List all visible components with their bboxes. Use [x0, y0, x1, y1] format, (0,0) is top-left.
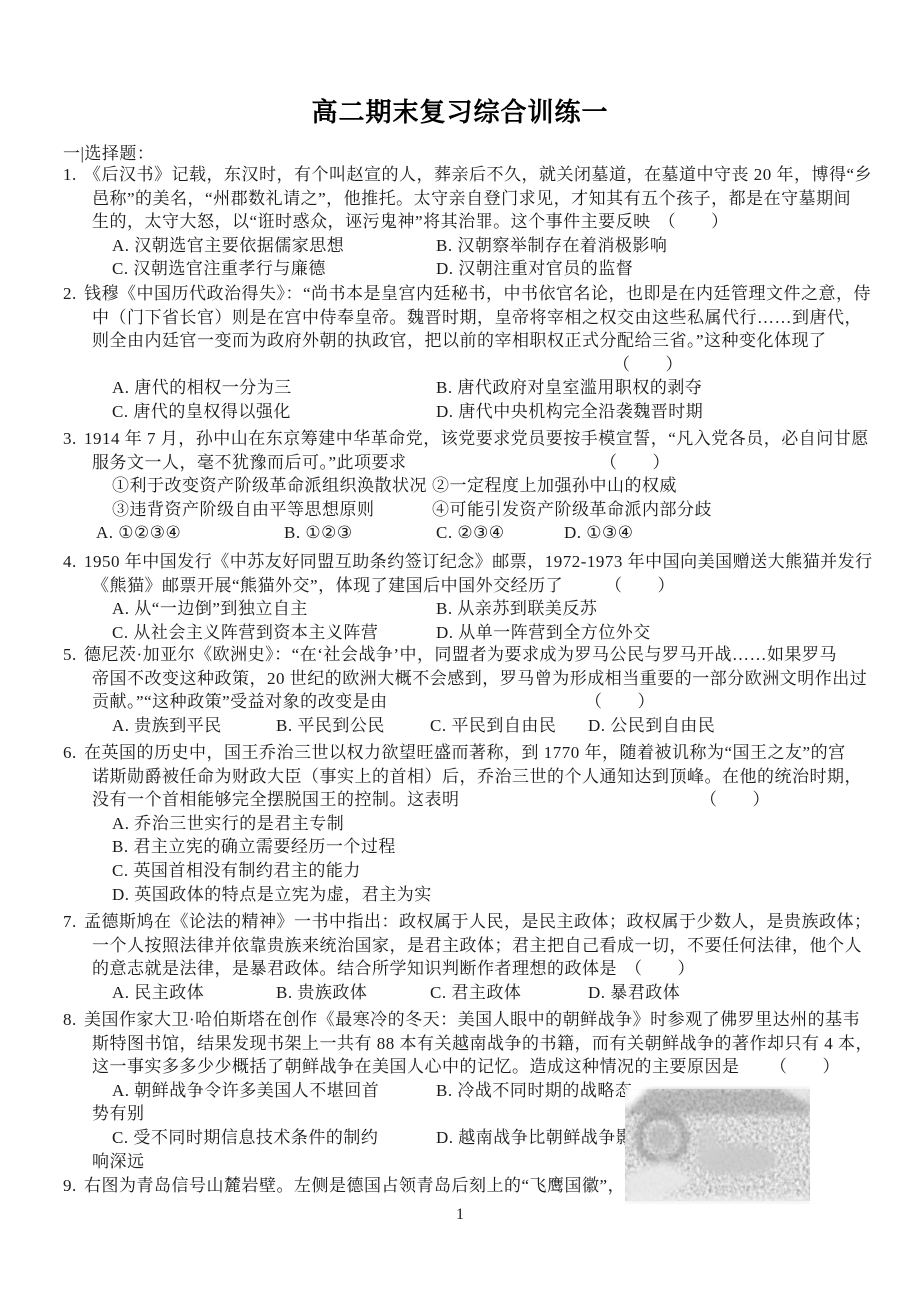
question-stem-line: 则全由内廷官一变而为政府外朝的执政官，把以前的宰相职权正式分配给三省。”这种变化…: [63, 329, 863, 353]
question-number: 8.: [63, 1008, 84, 1032]
question-6: 6.在英国的历史中，国王乔治三世以权力欲望旺盛而著称，到 1770 年，随着被讥…: [63, 741, 863, 906]
question-stem-line: 这一事实多多少少概括了朝鲜战争在美国人心中的记忆。造成这种情况的主要原因是（ ）: [63, 1055, 863, 1079]
option-c: C. ②③④: [436, 521, 564, 545]
option-d: D. 汉朝注重对官员的监督: [436, 257, 633, 281]
option-a: A. 唐代的相权一分为三: [112, 376, 436, 400]
page-number: 1: [0, 1206, 920, 1224]
answer-blank: （ ）: [659, 212, 729, 231]
question-stem-line: 邑称”的美名，“州郡数礼请之”，他推托。太守亲自登门求见，才知其有五个孩子，都是…: [63, 187, 863, 211]
option-a: A. 从“一边倒”到独立自主: [112, 597, 436, 621]
question-stem-line: 5.德尼茨·加亚尔《欧洲史》：“在‘社会战争’中，同盟者为要求成为罗马公民与罗马…: [63, 643, 863, 667]
page-title: 高二期末复习综合训练一: [0, 92, 920, 129]
stem-text: 1950 年中国发行《中苏友好同盟互助条约签订纪念》邮票，1972-1973 年…: [84, 552, 873, 571]
option-row: D. 英国政体的特点是立宪为虚，君主为实: [63, 883, 863, 907]
option-row: C. 英国首相没有制约君主的能力: [63, 859, 863, 883]
stem-text: 这一事实多多少少概括了朝鲜战争在美国人心中的记忆。造成这种情况的主要原因是: [92, 1057, 740, 1076]
option-b: B. ①②③: [284, 521, 436, 545]
option-b: B. 平民到公民: [276, 714, 430, 738]
rock-carving-photo-graphic: [625, 1086, 810, 1204]
question-stem-line: 服务文一人，毫不犹豫而后可。”此项要求（ ）: [63, 451, 863, 475]
question-number: 6.: [63, 741, 84, 765]
option-row: B. 君主立宪的确立需要经历一个过程: [63, 835, 863, 859]
option-row: A. ①②③④B. ①②③C. ②③④D. ①③④: [63, 521, 863, 545]
answer-blank: （ ）: [625, 959, 695, 978]
option-c: C. 英国首相没有制约君主的能力: [112, 859, 361, 883]
question-stem-line: 一个人按照法律并依靠贵族来统治国家，是君主政体；君主把自己看成一切，不要任何法律…: [63, 934, 863, 958]
question-number: 4.: [63, 550, 84, 574]
option-c: C. 汉朝选官注重孝行与廉德: [112, 257, 436, 281]
question-stem-line: 斯特图书馆，结果发现书架上一共有 88 本有关越南战争的书籍，而有关朝鲜战争的著…: [63, 1032, 863, 1056]
answer-blank: （ ）: [770, 1055, 840, 1079]
option-row: A. 汉朝选官主要依据儒家思想B. 汉朝察举制存在着消极影响: [63, 234, 863, 258]
option-c: C. 平民到自由民: [430, 714, 588, 738]
question-stem-line: 7.孟德斯鸠在《论法的精神》一书中指出：政权属于人民，是民主政体；政权属于少数人…: [63, 910, 863, 934]
question-stem-line: 1.《后汉书》记载，东汉时，有个叫赵宣的人，葬亲后不久，就关闭墓道，在墓道中守丧…: [63, 163, 863, 187]
stem-text: 钱穆《中国历代政治得失》：“尚书本是皇宫内廷秘书，中书依官名论，也即是在内廷管理…: [84, 284, 871, 303]
answer-blank: （ ）: [585, 690, 655, 714]
option-a: A. 贵族到平民: [112, 714, 276, 738]
stem-text: 服务文一人，毫不犹豫而后可。”此项要求: [92, 453, 407, 472]
question-5: 5.德尼茨·加亚尔《欧洲史》：“在‘社会战争’中，同盟者为要求成为罗马公民与罗马…: [63, 643, 863, 737]
answer-blank: （ ）: [700, 788, 770, 812]
question-stem-line: 3.1914 年 7 月，孙中山在东京筹建中华革命党，该党要求党员要按手模宣誓，…: [63, 427, 863, 451]
option-row: C. 汉朝选官注重孝行与廉德D. 汉朝注重对官员的监督: [63, 257, 863, 281]
question-4: 4.1950 年中国发行《中苏友好同盟互助条约签订纪念》邮票，1972-1973…: [63, 550, 863, 644]
option-d: D. 暴君政体: [588, 981, 680, 1005]
question-number: 1.: [63, 163, 84, 187]
option-row: A. 乔治三世实行的是君主专制: [63, 812, 863, 836]
stem-text: 右图为青岛信号山麓岩壁。左侧是德国占领青岛后刻上的“飞鹰国徽”，: [84, 1176, 625, 1195]
statement-2: ②一定程度上加强孙中山的权威: [432, 474, 677, 498]
question-number: 5.: [63, 643, 84, 667]
option-b: B. 冷战不同时期的战略态: [436, 1079, 632, 1103]
option-a: A. 民主政体: [112, 981, 276, 1005]
stem-text: 《后汉书》记载，东汉时，有个叫赵宣的人，葬亲后不久，就关闭墓道，在墓道中守丧 2…: [84, 165, 872, 184]
question-stem-line: 贡献。”“这种政策”受益对象的改变是由（ ）: [63, 690, 863, 714]
option-b: B. 汉朝察举制存在着消极影响: [436, 234, 667, 258]
question-stem-line: 的意志就是法律，是暴君政体。结合所学知识判断作者理想的政体是（ ）: [63, 957, 863, 981]
option-b: B. 贵族政体: [276, 981, 430, 1005]
question-stem-line: 2.钱穆《中国历代政治得失》：“尚书本是皇宫内廷秘书，中书依官名论，也即是在内廷…: [63, 282, 863, 306]
question-number: 3.: [63, 427, 84, 451]
answer-blank: （ ）: [605, 574, 675, 598]
statement-4: ④可能引发资产阶级革命派内部分歧: [432, 498, 712, 522]
stem-text: 孟德斯鸠在《论法的精神》一书中指出：政权属于人民，是民主政体；政权属于少数人，是…: [84, 912, 872, 931]
question-7: 7.孟德斯鸠在《论法的精神》一书中指出：政权属于人民，是民主政体；政权属于少数人…: [63, 910, 863, 1004]
question-3: 3.1914 年 7 月，孙中山在东京筹建中华革命党，该党要求党员要按手模宣誓，…: [63, 427, 863, 545]
statement-row: ①利于改变资产阶级革命派组织涣散状况②一定程度上加强孙中山的权威: [63, 474, 863, 498]
stem-text: 生的，太守大怒，以“诳时惑众，诬污鬼神”将其治罪。这个事件主要反映: [92, 212, 651, 231]
stem-text: 德尼茨·加亚尔《欧洲史》：“在‘社会战争’中，同盟者为要求成为罗马公民与罗马开战…: [84, 645, 837, 664]
option-c: C. 从社会主义阵营到资本主义阵营: [112, 621, 436, 645]
option-row: A. 民主政体B. 贵族政体C. 君主政体D. 暴君政体: [63, 981, 863, 1005]
stem-text: 美国作家大卫·哈伯斯塔在创作《最寒冷的冬天：美国人眼中的朝鲜战争》时参观了佛罗里…: [84, 1010, 860, 1029]
question-stem-line: 8.美国作家大卫·哈伯斯塔在创作《最寒冷的冬天：美国人眼中的朝鲜战争》时参观了佛…: [63, 1008, 863, 1032]
section-label: 一|选择题：: [63, 139, 154, 164]
option-d: D. ①③④: [564, 521, 634, 545]
option-b: B. 君主立宪的确立需要经历一个过程: [112, 835, 396, 859]
answer-blank: （ ）: [600, 451, 670, 475]
option-c: C. 受不同时期信息技术条件的制约: [112, 1126, 436, 1150]
question-number: 2.: [63, 282, 84, 306]
option-a: A. 汉朝选官主要依据儒家思想: [112, 234, 436, 258]
statement-row: ③违背资产阶级自由平等思想原则④可能引发资产阶级革命派内部分歧: [63, 498, 863, 522]
option-d: D. 公民到自由民: [588, 714, 715, 738]
answer-blank: （ ）: [63, 353, 863, 377]
stem-text: 《熊猫》邮票开展“熊猫外交”，体现了建国后中国外交经历了: [92, 576, 563, 595]
question-stem-line: 诺斯勋爵被任命为财政大臣（事实上的首相）后，乔治三世的个人通知达到顶峰。在他的统…: [63, 765, 863, 789]
option-d: D. 英国政体的特点是立宪为虚，君主为实: [112, 883, 432, 907]
question-number: 9.: [63, 1174, 84, 1198]
question-stem-line: 4.1950 年中国发行《中苏友好同盟互助条约签订纪念》邮票，1972-1973…: [63, 550, 863, 574]
option-a: A. 乔治三世实行的是君主专制: [112, 812, 344, 836]
question-stem-line: 生的，太守大怒，以“诳时惑众，诬污鬼神”将其治罪。这个事件主要反映（ ）: [63, 210, 863, 234]
statement-3: ③违背资产阶级自由平等思想原则: [112, 498, 432, 522]
question-2: 2.钱穆《中国历代政治得失》：“尚书本是皇宫内廷秘书，中书依官名论，也即是在内廷…: [63, 282, 863, 424]
stem-text: 的意志就是法律，是暴君政体。结合所学知识判断作者理想的政体是: [92, 959, 617, 978]
option-row: A. 从“一边倒”到独立自主B. 从亲苏到联美反苏: [63, 597, 863, 621]
option-d: D. 从单一阵营到全方位外交: [436, 621, 651, 645]
option-a: A. 朝鲜战争令许多美国人不堪回首: [112, 1079, 436, 1103]
question-stem-line: 没有一个首相能够完全摆脱国王的控制。这表明（ ）: [63, 788, 863, 812]
question-stem-line: 6.在英国的历史中，国王乔治三世以权力欲望旺盛而著称，到 1770 年，随着被讥…: [63, 741, 863, 765]
question-stem-line: 《熊猫》邮票开展“熊猫外交”，体现了建国后中国外交经历了（ ）: [63, 574, 863, 598]
stem-text: 在英国的历史中，国王乔治三世以权力欲望旺盛而著称，到 1770 年，随着被讥称为…: [84, 743, 846, 762]
statement-1: ①利于改变资产阶级革命派组织涣散状况: [112, 474, 432, 498]
stem-text: 1914 年 7 月，孙中山在东京筹建中华革命党，该党要求党员要按手模宣誓，“凡…: [84, 429, 869, 448]
option-b: B. 从亲苏到联美反苏: [436, 597, 597, 621]
option-row: A. 唐代的相权一分为三B. 唐代政府对皇室滥用职权的剥夺: [63, 376, 863, 400]
question-stem-line: 中（门下省长官）则是在宫中侍奉皇帝。魏晋时期，皇帝将宰相之权交由这些私属代行………: [63, 306, 863, 330]
option-c: C. 唐代的皇权得以强化: [112, 400, 436, 424]
option-d: D. 唐代中央机构完全沿袭魏晋时期: [436, 400, 703, 424]
stem-text: 没有一个首相能够完全摆脱国王的控制。这表明: [92, 790, 460, 809]
option-row: C. 从社会主义阵营到资本主义阵营D. 从单一阵营到全方位外交: [63, 621, 863, 645]
question-number: 7.: [63, 910, 84, 934]
option-row: C. 唐代的皇权得以强化D. 唐代中央机构完全沿袭魏晋时期: [63, 400, 863, 424]
question-1: 1.《后汉书》记载，东汉时，有个叫赵宣的人，葬亲后不久，就关闭墓道，在墓道中守丧…: [63, 163, 863, 281]
question-stem-line: 帝国不改变这种政策，20 世纪的欧洲大概不会感到，罗马曾为形成相当重要的一部分欧…: [63, 667, 863, 691]
option-c: C. 君主政体: [430, 981, 588, 1005]
option-row: A. 贵族到平民B. 平民到公民C. 平民到自由民D. 公民到自由民: [63, 714, 863, 738]
option-a: A. ①②③④: [96, 521, 284, 545]
exam-page: 高二期末复习综合训练一 一|选择题： 1.《后汉书》记载，东汉时，有个叫赵宣的人…: [0, 0, 920, 1302]
stem-text: 贡献。”“这种政策”受益对象的改变是由: [92, 692, 388, 711]
option-b: B. 唐代政府对皇室滥用职权的剥夺: [436, 376, 702, 400]
option-d: D. 越南战争比朝鲜战争影: [436, 1126, 633, 1150]
rock-carving-photo: [625, 1086, 810, 1204]
